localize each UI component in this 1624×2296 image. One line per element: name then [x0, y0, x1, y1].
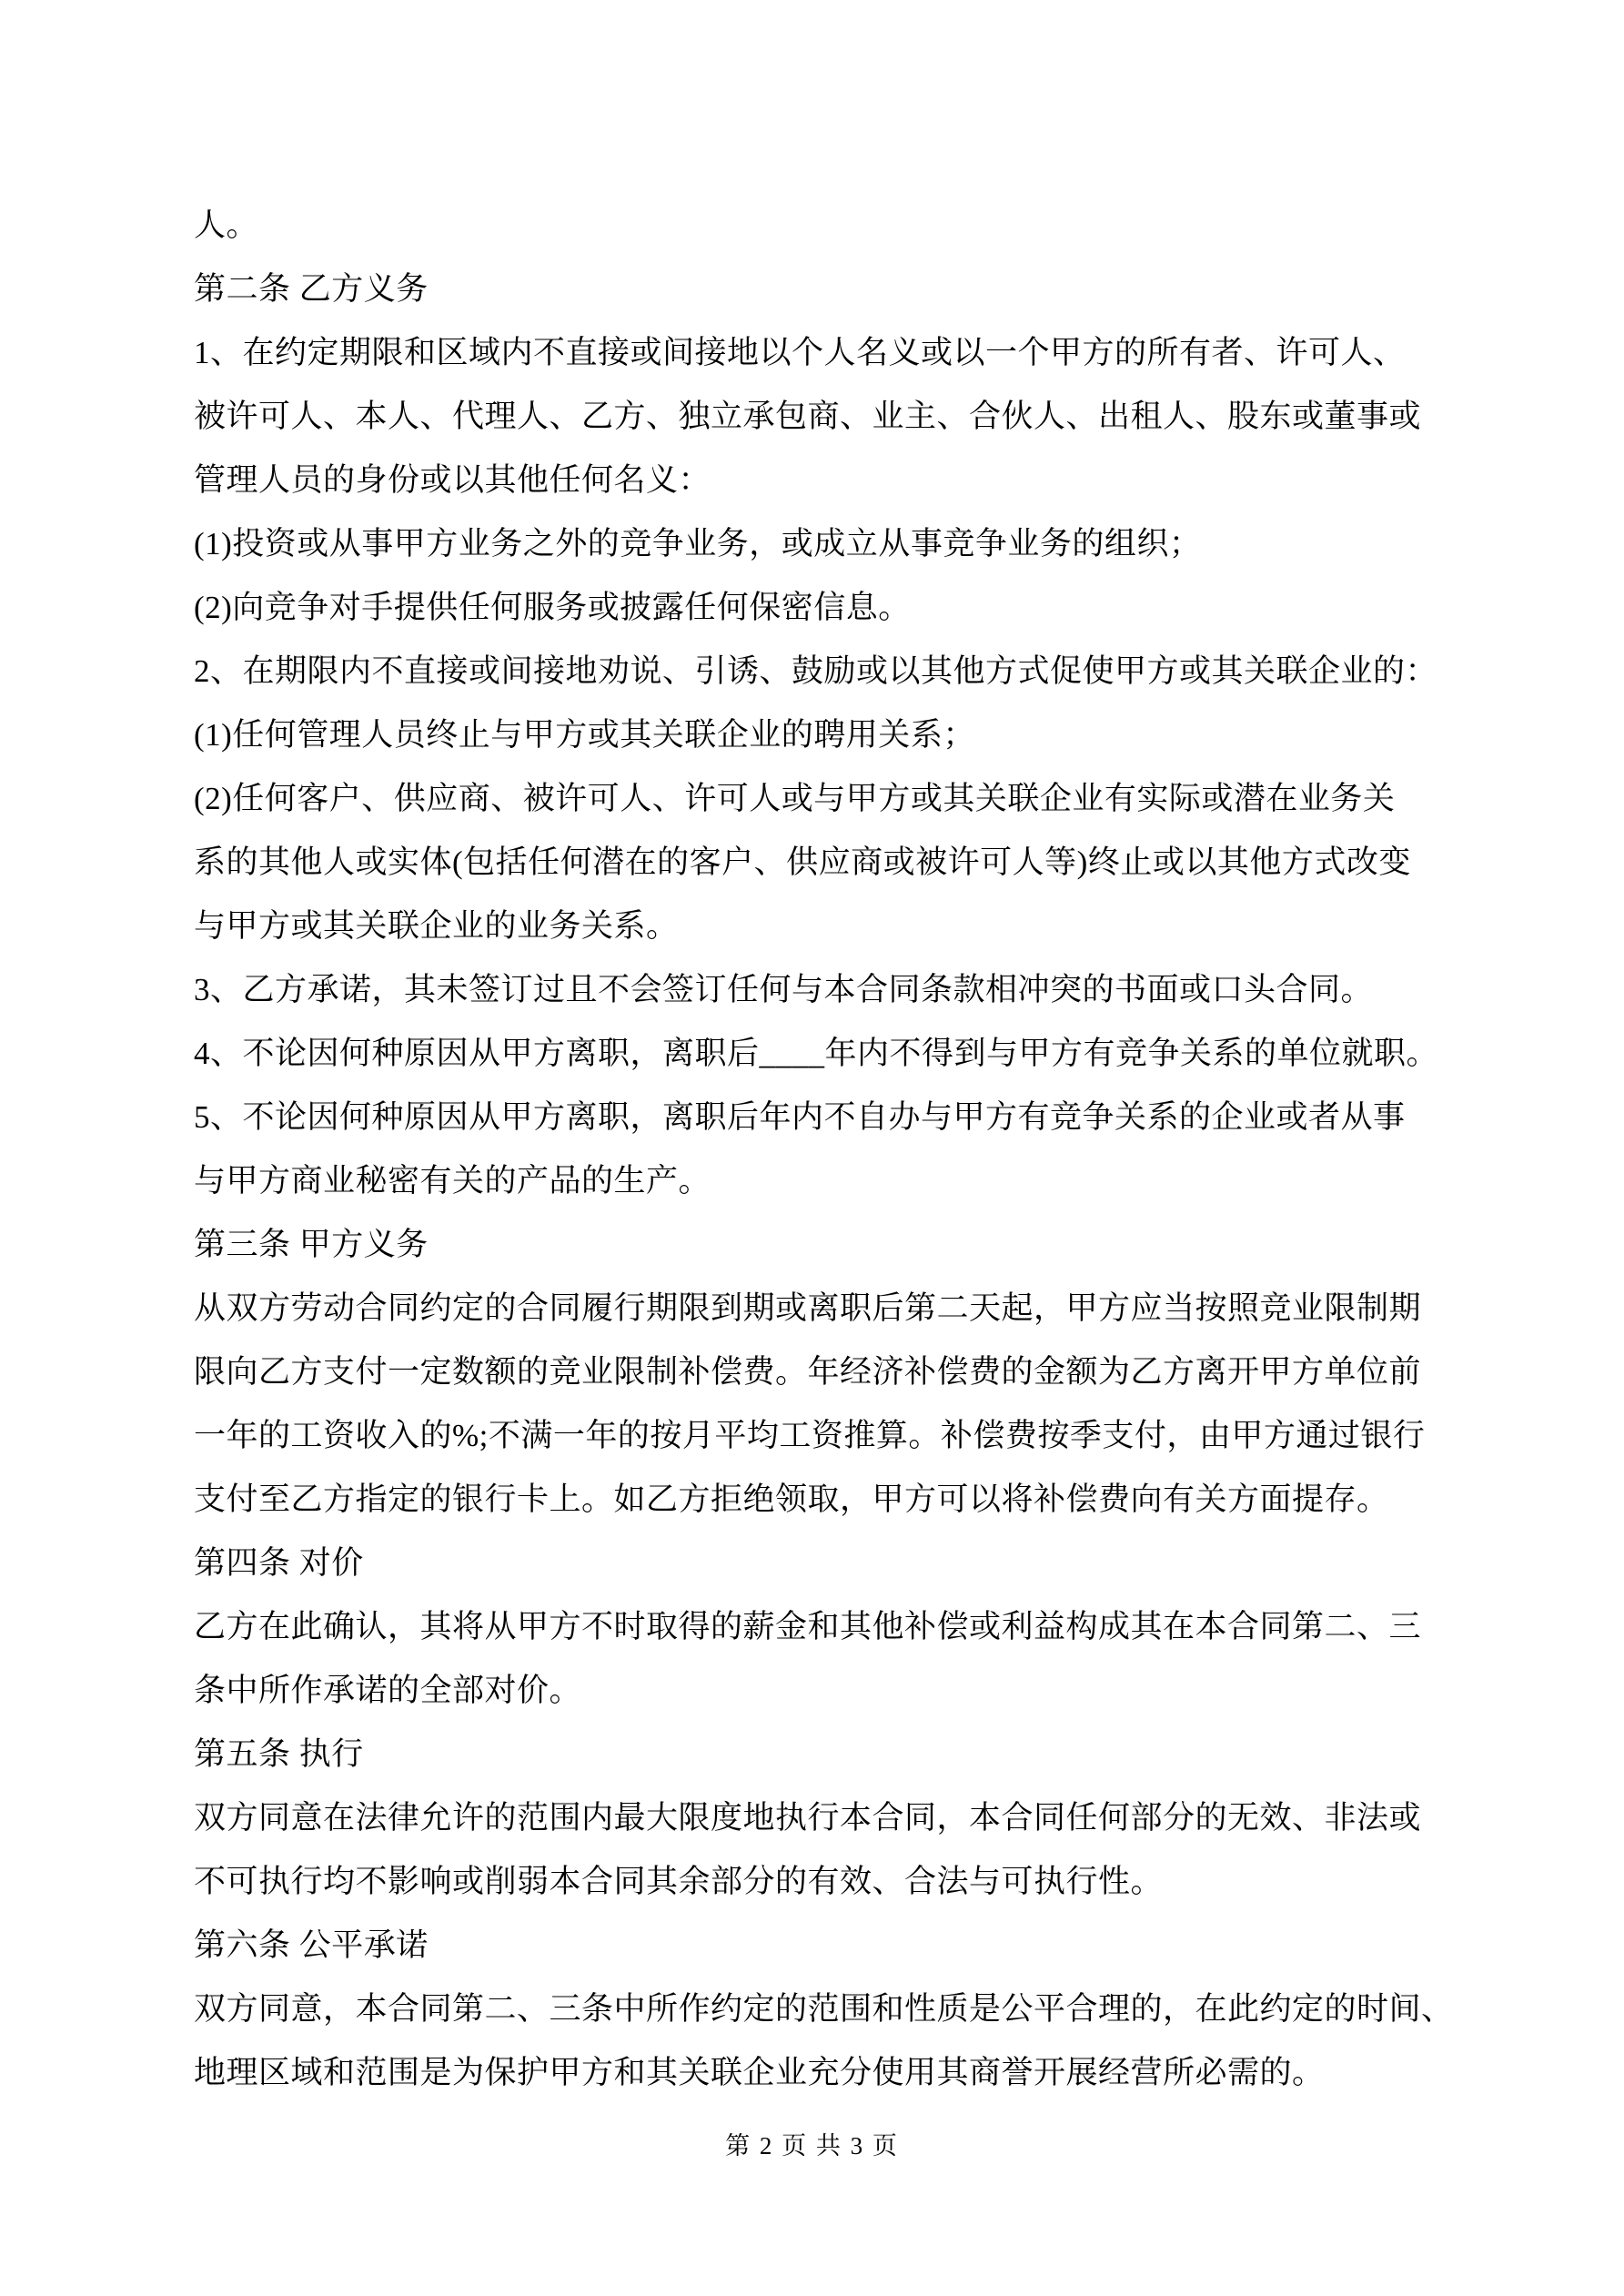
body-line: 不可执行均不影响或削弱本合同其余部分的有效、合法与可执行性。	[194, 1850, 1468, 1914]
body-line: 从双方劳动合同约定的合同履行期限到期或离职后第二天起，甲方应当按照竞业限制期	[194, 1277, 1468, 1340]
body-line: 乙方在此确认，其将从甲方不时取得的薪金和其他补偿或利益构成其在本合同第二、三	[194, 1595, 1468, 1659]
body-line: 双方同意在法律允许的范围内最大限度地执行本合同，本合同任何部分的无效、非法或	[194, 1786, 1468, 1850]
body-line: 管理人员的身份或以其他任何名义：	[194, 449, 1468, 512]
body-line: 被许可人、本人、代理人、乙方、独立承包商、业主、合伙人、出租人、股东或董事或	[194, 385, 1468, 449]
body-line: 人。	[194, 194, 1468, 258]
heading-article-3: 第三条 甲方义务	[194, 1213, 1468, 1277]
body-line: (2)任何客户、供应商、被许可人、许可人或与甲方或其关联企业有实际或潜在业务关	[194, 767, 1468, 831]
body-line: 与甲方商业秘密有关的产品的生产。	[194, 1149, 1468, 1213]
body-line-with-blank: 4、不论因何种原因从甲方离职，离职后____年内不得到与甲方有竞争关系的单位就职…	[194, 1022, 1468, 1086]
body-line: 3、乙方承诺，其未签订过且不会签订任何与本合同条款相冲突的书面或口头合同。	[194, 958, 1468, 1022]
body-line: (1)投资或从事甲方业务之外的竞争业务，或成立从事竞争业务的组织；	[194, 512, 1468, 576]
body-line: 支付至乙方指定的银行卡上。如乙方拒绝领取，甲方可以将补偿费向有关方面提存。	[194, 1468, 1468, 1532]
body-line: 地理区域和范围是为保护甲方和其关联企业充分使用其商誉开展经营所必需的。	[194, 2041, 1468, 2105]
body-line: 条中所作承诺的全部对价。	[194, 1659, 1468, 1723]
heading-article-2: 第二条 乙方义务	[194, 258, 1468, 321]
body-line: 系的其他人或实体(包括任何潜在的客户、供应商或被许可人等)终止或以其他方式改变	[194, 831, 1468, 895]
body-line: 2、在期限内不直接或间接地劝说、引诱、鼓励或以其他方式促使甲方或其关联企业的：	[194, 640, 1468, 703]
body-line: 限向乙方支付一定数额的竞业限制补偿费。年经济补偿费的金额为乙方离开甲方单位前	[194, 1340, 1468, 1404]
contract-page: 人。 第二条 乙方义务 1、在约定期限和区域内不直接或间接地以个人名义或以一个甲…	[0, 0, 1624, 2296]
heading-article-4: 第四条 对价	[194, 1532, 1468, 1595]
page-number-footer: 第 2 页 共 3 页	[0, 2126, 1624, 2161]
body-line: 双方同意，本合同第二、三条中所作约定的范围和性质是公平合理的，在此约定的时间、	[194, 1977, 1468, 2041]
body-line: 与甲方或其关联企业的业务关系。	[194, 895, 1468, 958]
heading-article-6: 第六条 公平承诺	[194, 1914, 1468, 1977]
body-line: 5、不论因何种原因从甲方离职，离职后年内不自办与甲方有竞争关系的企业或者从事	[194, 1086, 1468, 1149]
heading-article-5: 第五条 执行	[194, 1723, 1468, 1786]
body-line: (2)向竞争对手提供任何服务或披露任何保密信息。	[194, 576, 1468, 640]
body-line: (1)任何管理人员终止与甲方或其关联企业的聘用关系；	[194, 703, 1468, 767]
contract-body: 人。 第二条 乙方义务 1、在约定期限和区域内不直接或间接地以个人名义或以一个甲…	[194, 194, 1468, 2105]
body-line: 1、在约定期限和区域内不直接或间接地以个人名义或以一个甲方的所有者、许可人、	[194, 321, 1468, 385]
body-line: 一年的工资收入的%;不满一年的按月平均工资推算。补偿费按季支付，由甲方通过银行	[194, 1404, 1468, 1468]
